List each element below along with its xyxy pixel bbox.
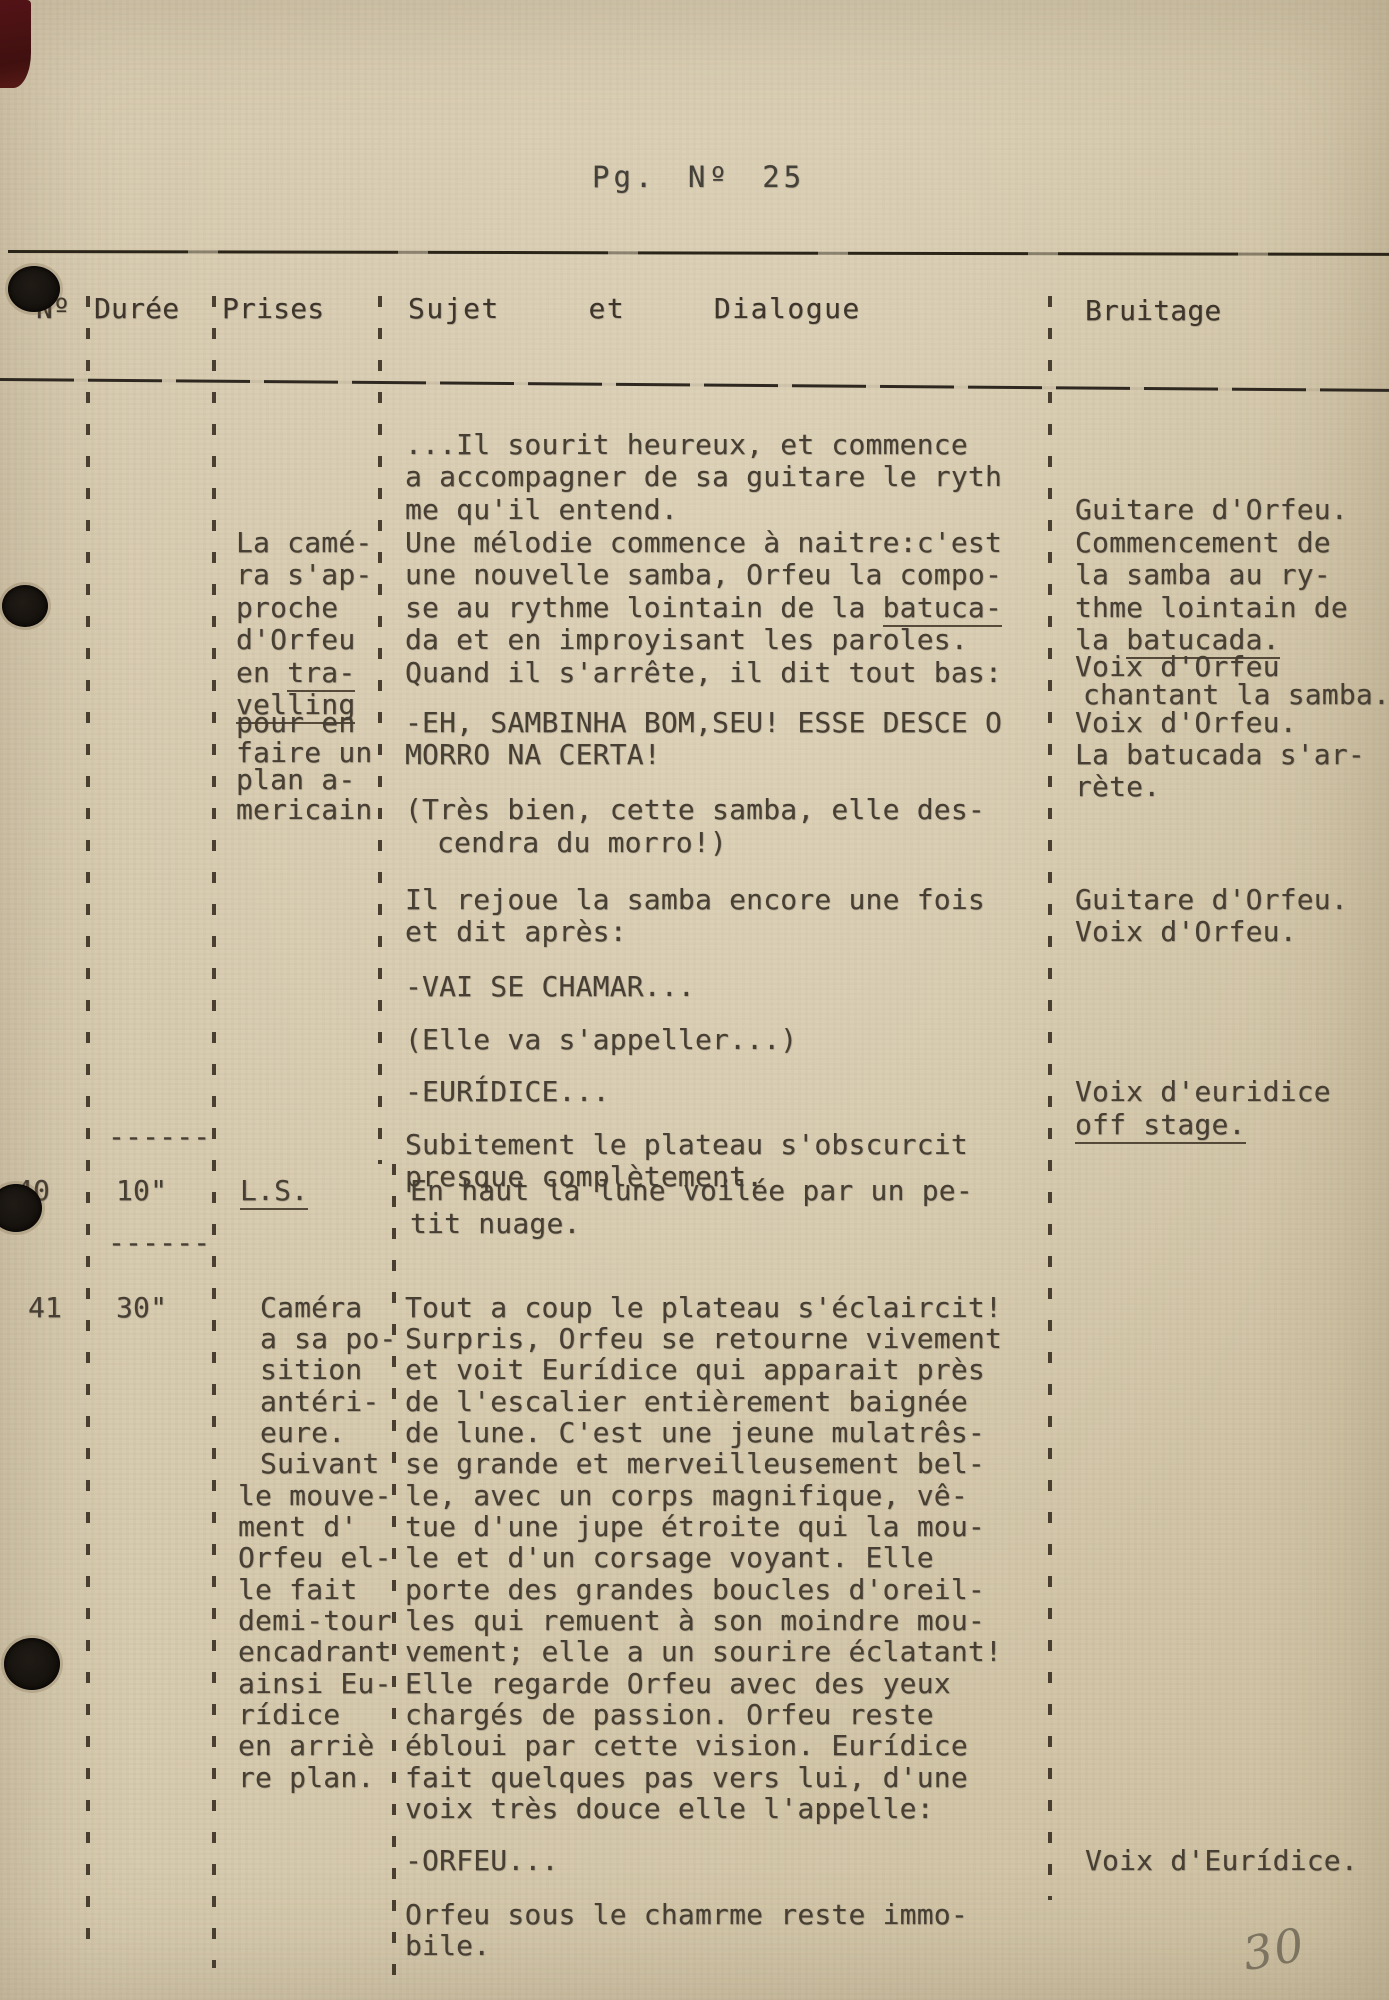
script-line: une nouvelle samba, Orfeu la compo- [405,560,1002,590]
shot-number: 41 [28,1293,62,1323]
script-line: Voix d'Eurídice. [1085,1846,1358,1876]
script-line: en arriè [238,1731,374,1761]
column-separator [392,1164,396,1990]
script-line: Orfeu sous le chamrme reste immo- [405,1900,968,1930]
script-line: thme lointain de [1075,593,1348,623]
script-line: antéri- [260,1387,379,1417]
script-line: -ORFEU... [405,1846,559,1876]
script-line: demi-tour [238,1606,392,1636]
script-line: se au rythme lointain de la batuca- [405,593,1002,623]
script-line: tit nuage. [410,1209,581,1239]
script-line: voix très douce elle l'appelle: [405,1794,934,1824]
column-separator [86,296,90,1950]
script-line: se grande et merveilleusement bel- [405,1449,985,1479]
script-line: Une mélodie commence à naitre:c'est [405,528,1002,558]
script-line: Voix d'euridice [1075,1077,1331,1107]
script-line: de lune. C'est une jeune mulatrês- [405,1418,985,1448]
script-line: plan a- [236,765,355,795]
script-line: et dit après: [405,917,627,947]
script-line: ...Il sourit heureux, et commence [405,430,968,460]
script-line: en tra- [236,658,355,688]
script-line: porte des grandes boucles d'oreil- [405,1575,985,1605]
column-header-bruitage: Bruitage [1085,296,1221,326]
script-line: Suivant [260,1449,379,1479]
column-header-sujet: Sujet et Dialogue [408,294,861,324]
hole-punch [8,266,60,312]
column-separator [212,296,216,1968]
script-line: le mouve- [238,1481,392,1511]
script-line: encadrant [238,1637,392,1667]
column-separator [378,296,382,1164]
script-line: Elle regarde Orfeu avec des yeux [405,1669,951,1699]
script-line: -EH, SAMBINHA BOM,SEU! ESSE DESCE O [405,708,1002,738]
script-line: ra s'ap- [236,560,372,590]
script-line: L.S. [240,1176,308,1206]
script-line: ébloui par cette vision. Eurídice [405,1731,968,1761]
script-line: Guitare d'Orfeu. [1075,885,1348,915]
script-line: vement; elle a un sourire éclatant! [405,1637,1002,1667]
column-header-prises: Prises [222,294,324,324]
script-line: de l'escalier entièrement baignée [405,1387,968,1417]
shot-duration: 30" [116,1293,167,1323]
hole-punch [4,1638,60,1690]
script-line: et voit Eurídice qui apparait près [405,1355,985,1385]
script-line: Tout a coup le plateau s'éclaircit! [405,1293,1002,1323]
header-rule [0,378,1389,392]
script-line: Quand il s'arrête, il dit tout bas: [405,658,1002,688]
script-line: ment d' [238,1512,357,1542]
script-line: fait quelques pas vers lui, d'une [405,1763,968,1793]
script-line: Caméra [260,1293,362,1323]
script-line: -VAI SE CHAMAR... [405,972,695,1002]
script-line: (Elle va s'appeller...) [405,1025,797,1055]
page-title: Pg. Nº 25 [592,162,805,193]
script-line: a sa po- [260,1324,396,1354]
script-line: re plan. [238,1763,374,1793]
script-line: d'Orfeu [236,625,355,655]
script-line: sition [260,1355,362,1385]
script-line: pour en [236,708,355,738]
script-line: le fait [238,1575,357,1605]
script-line: Il rejoue la samba encore une fois [405,885,985,915]
script-line: le et d'un corsage voyant. Elle [405,1543,934,1573]
script-line: MORRO NA CERTA! [405,740,661,770]
script-line: ainsi Eu- [238,1669,392,1699]
script-line: tue d'une jupe étroite qui la mou- [405,1512,985,1542]
script-line: chargés de passion. Orfeu reste [405,1700,934,1730]
script-line: da et en improyisant les paroles. [405,625,968,655]
script-line: la samba au ry- [1075,560,1331,590]
script-line: La batucada s'ar- [1075,740,1365,770]
script-page: Pg. Nº 25 Nº Durée Prises Sujet et Dialo… [0,0,1389,2000]
script-line: proche [236,593,338,623]
script-line: Subitement le plateau s'obscurcit [405,1130,968,1160]
script-line: Surpris, Orfeu se retourne vivement [405,1324,1002,1354]
column-separator [1048,296,1052,1900]
script-line: le, avec un corps magnifique, vê- [405,1481,968,1511]
script-line: Guitare d'Orfeu. [1075,495,1348,525]
script-line: bile. [405,1931,490,1961]
script-line: cendra du morro!) [437,828,727,858]
script-line: off stage. [1075,1110,1246,1140]
script-line: rète. [1075,772,1160,802]
script-line: Voix d'Orfeu. [1075,708,1297,738]
script-line: les qui remuent à son moindre mou- [405,1606,985,1636]
script-line: La camé- [236,528,372,558]
script-line: En haut la lune voilée par un pe- [410,1176,973,1206]
script-line: -EURÍDICE... [405,1077,610,1107]
script-line: eure. [260,1418,345,1448]
script-line: rídice [238,1700,340,1730]
top-rule [8,250,1389,256]
script-line: Orfeu el- [238,1543,392,1573]
duree-divider: ------ [108,1228,210,1258]
duree-divider: ------ [108,1122,210,1152]
script-line: (Très bien, cette samba, elle des- [405,795,985,825]
column-header-duree: Durée [94,294,179,324]
shot-duration: 10" [116,1176,167,1206]
script-line: a accompagner de sa guitare le ryth [405,462,1002,492]
script-line: me qu'il entend. [405,495,678,525]
hole-punch [2,585,48,627]
script-line: mericain [236,795,372,825]
handwritten-page-number: 30 [1239,1917,1310,1981]
script-line: Voix d'Orfeu. [1075,917,1297,947]
script-line: Commencement de [1075,528,1331,558]
corner-mark [0,0,31,88]
